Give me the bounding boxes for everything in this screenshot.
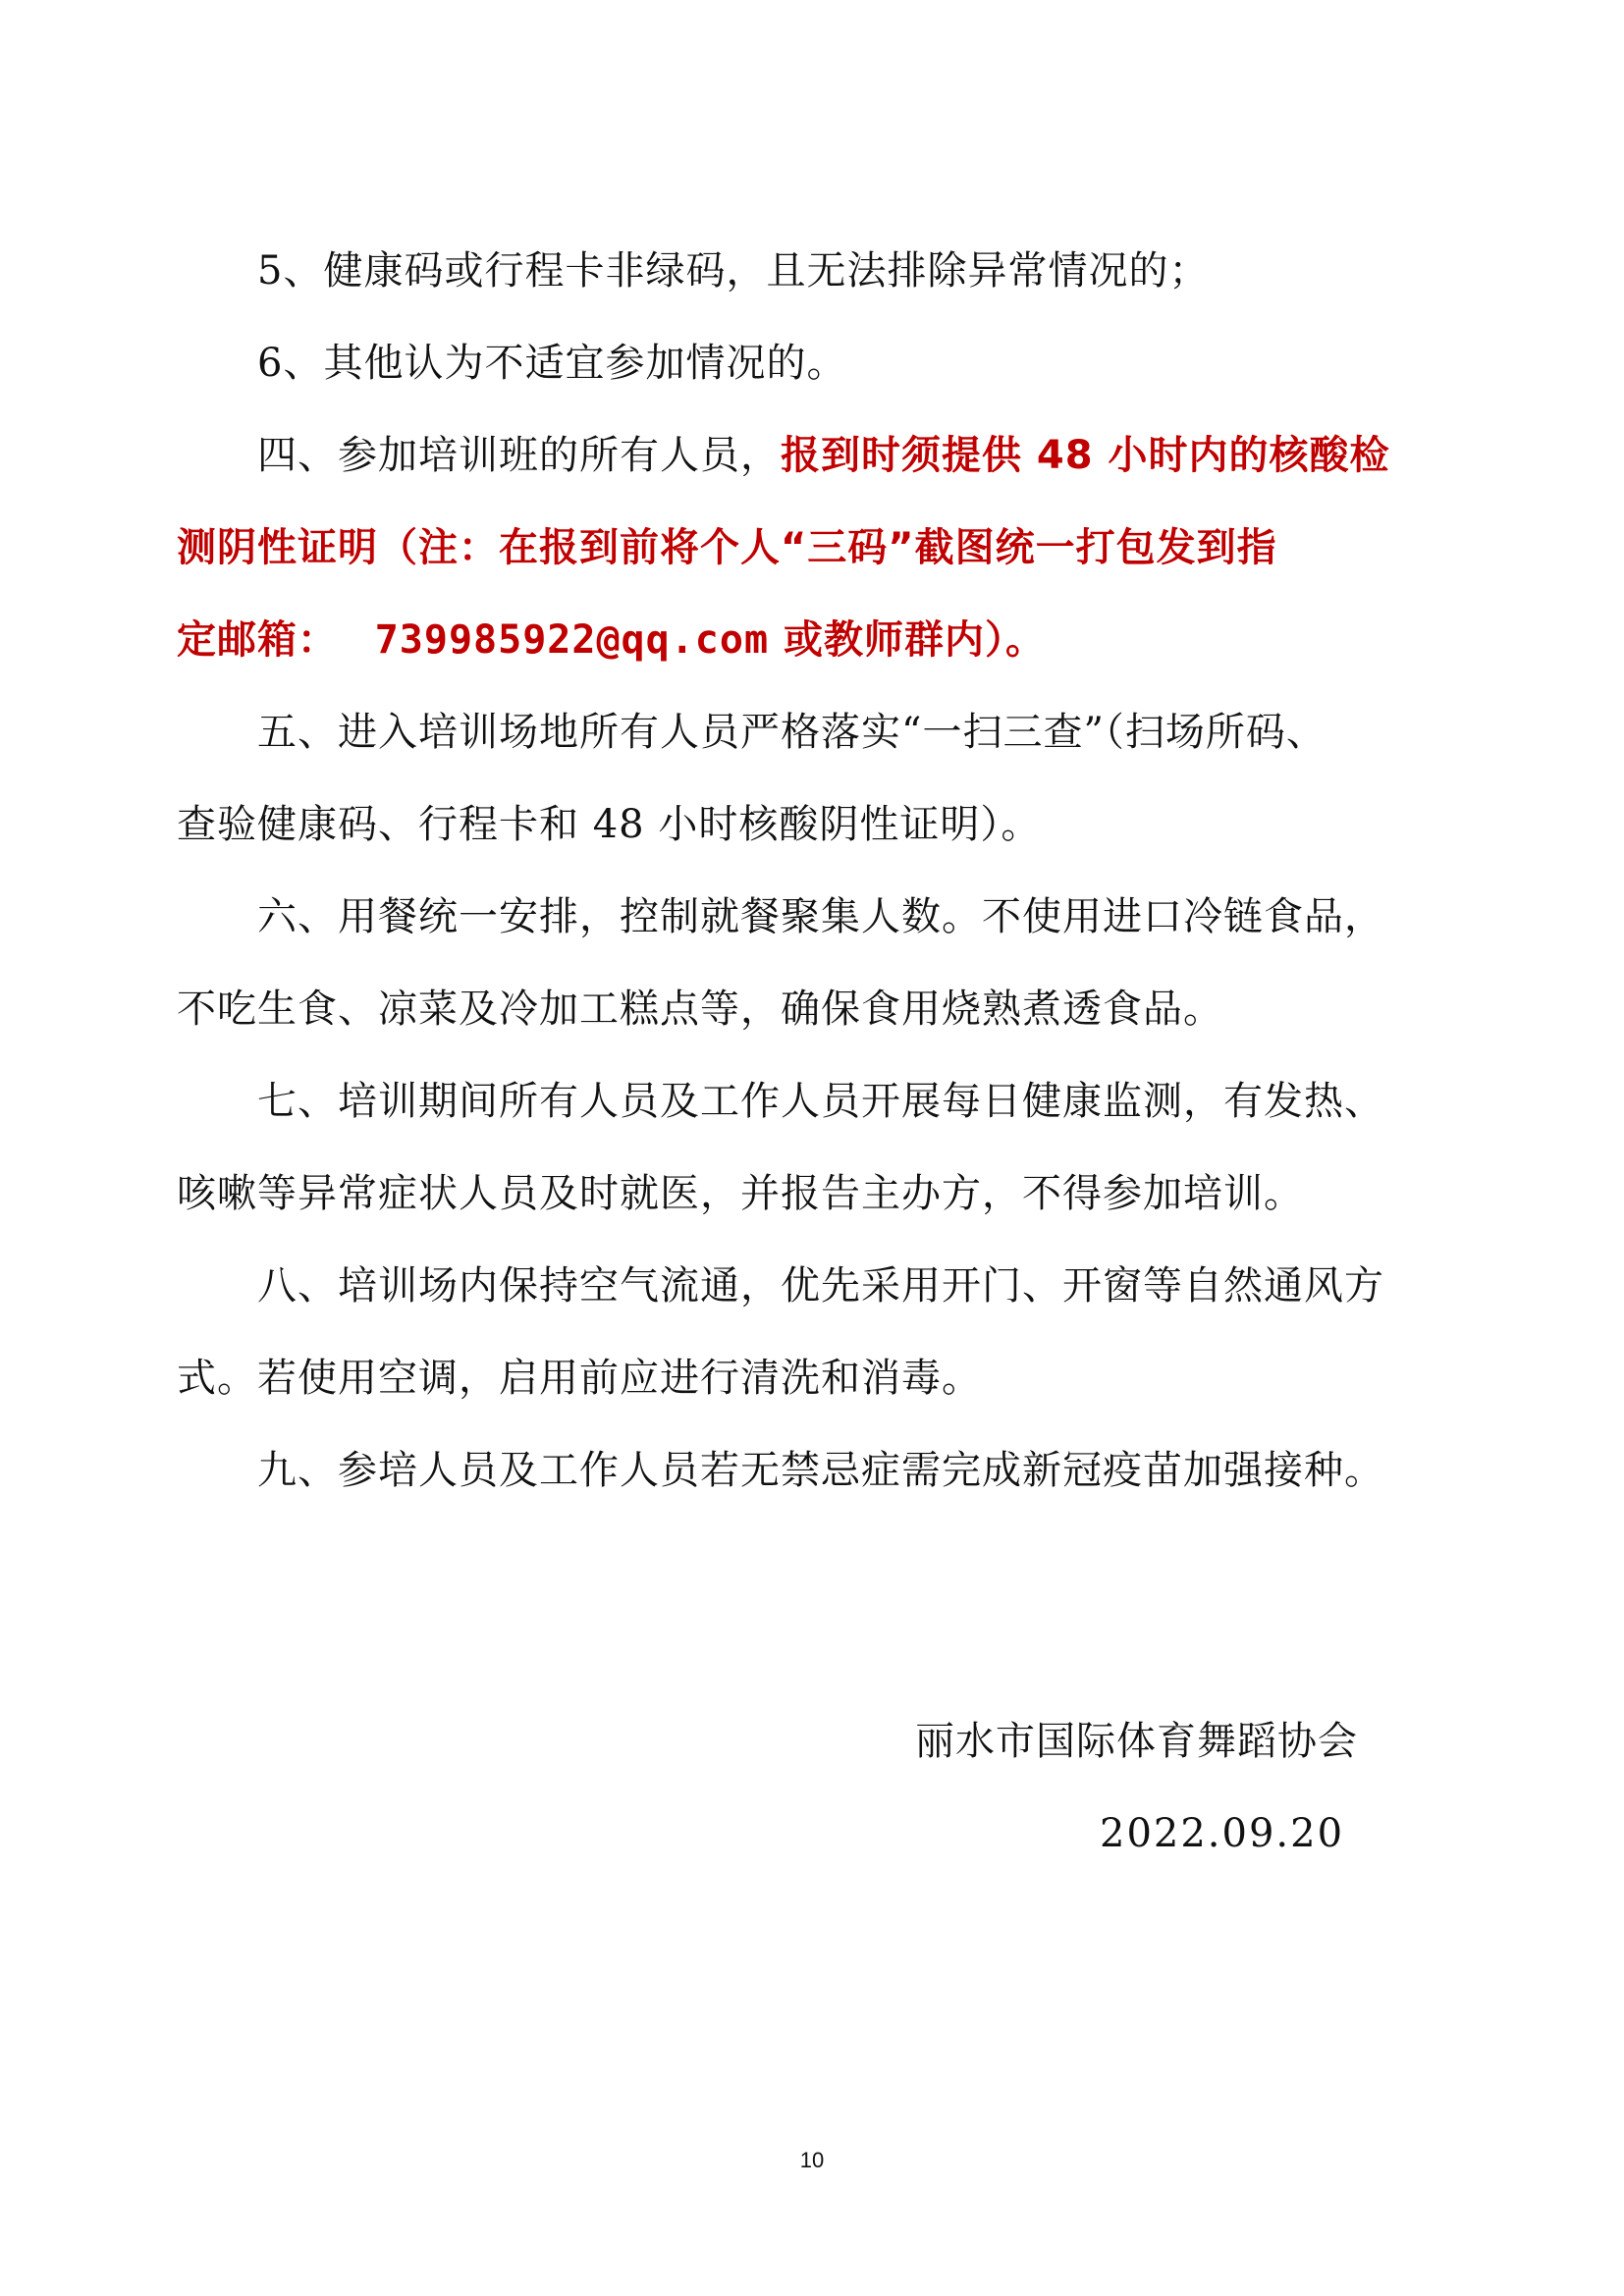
page-number: 10: [0, 2148, 1624, 2173]
section-6-line-1: 六、用餐统一安排，控制就餐聚集人数。不使用进口冷链食品，: [257, 893, 1384, 940]
section-6-line-2: 不吃生食、凉菜及冷加工糕点等，确保食用烧熟煮透食品。: [177, 986, 1223, 1033]
item-5: 5、健康码或行程卡非绿码，且无法排除异常情况的；: [257, 247, 1209, 294]
section-4-lead: 四、参加培训班的所有人员，: [257, 433, 781, 478]
section-9-line-1: 九、参培人员及工作人员若无禁忌症需完成新冠疫苗加强接种。: [257, 1447, 1384, 1494]
section-4-line-3: 定邮箱： 739985922@qq.com 或教师群内）。: [177, 616, 1046, 664]
section-4-red-line-3a: 定邮箱：: [177, 617, 338, 663]
section-4-red-line-3b: 或教师群内）: [769, 617, 1005, 663]
item-6: 6、其他认为不适宜参加情况的。: [257, 340, 846, 387]
section-5-line-1: 五、进入培训场地所有人员严格落实“一扫三查”（扫场所码、: [257, 709, 1326, 756]
section-5-line-2: 查验健康码、行程卡和 48 小时核酸阴性证明）。: [177, 801, 1041, 848]
document-page: 5、健康码或行程卡非绿码，且无法排除异常情况的； 6、其他认为不适宜参加情况的。…: [0, 0, 1624, 2296]
section-7-line-1: 七、培训期间所有人员及工作人员开展每日健康监测，有发热、: [257, 1078, 1384, 1125]
section-4-end: 。: [1005, 617, 1046, 663]
section-4-line-1: 四、参加培训班的所有人员，报到时须提供 48 小时内的核酸检: [257, 432, 1390, 479]
signature-organization: 丽水市国际体育舞蹈协会: [915, 1718, 1358, 1765]
signature-date: 2022.09.20: [1100, 1810, 1344, 1857]
section-8-line-2: 式。若使用空调，启用前应进行清洗和消毒。: [177, 1355, 982, 1402]
section-7-line-2: 咳嗽等异常症状人员及时就医，并报告主办方，不得参加培训。: [177, 1170, 1304, 1217]
section-8-line-1: 八、培训场内保持空气流通，优先采用开门、开窗等自然通风方: [257, 1262, 1384, 1309]
contact-email: 739985922@qq.com: [375, 617, 769, 663]
section-4-red-line-2: 测阴性证明（注：在报到前将个人“三码”截图统一打包发到指: [177, 524, 1277, 571]
section-4-red-line-1: 报到时须提供 48 小时内的核酸检: [781, 433, 1390, 478]
